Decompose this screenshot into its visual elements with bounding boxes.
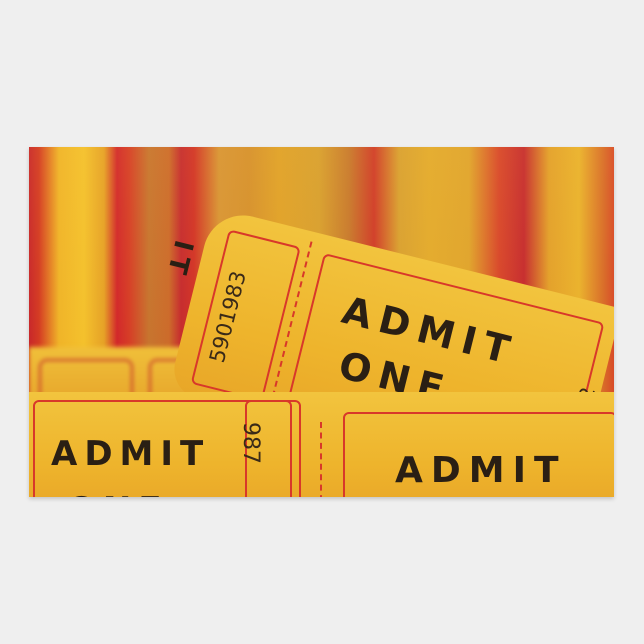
ticket-admit-text: ADMIT: [395, 450, 567, 491]
lower-ticket-strip: ADMIT ONE 987 ADMIT: [29, 392, 614, 497]
ticket-one-text: ONE: [67, 490, 169, 497]
serial-number: 987: [238, 422, 263, 464]
ticket-admit-text: ADMIT: [51, 434, 210, 474]
ticket-photo: 5901983 IT ADMIT ONE 82 ADMIT ONE 987 AD…: [29, 147, 614, 497]
